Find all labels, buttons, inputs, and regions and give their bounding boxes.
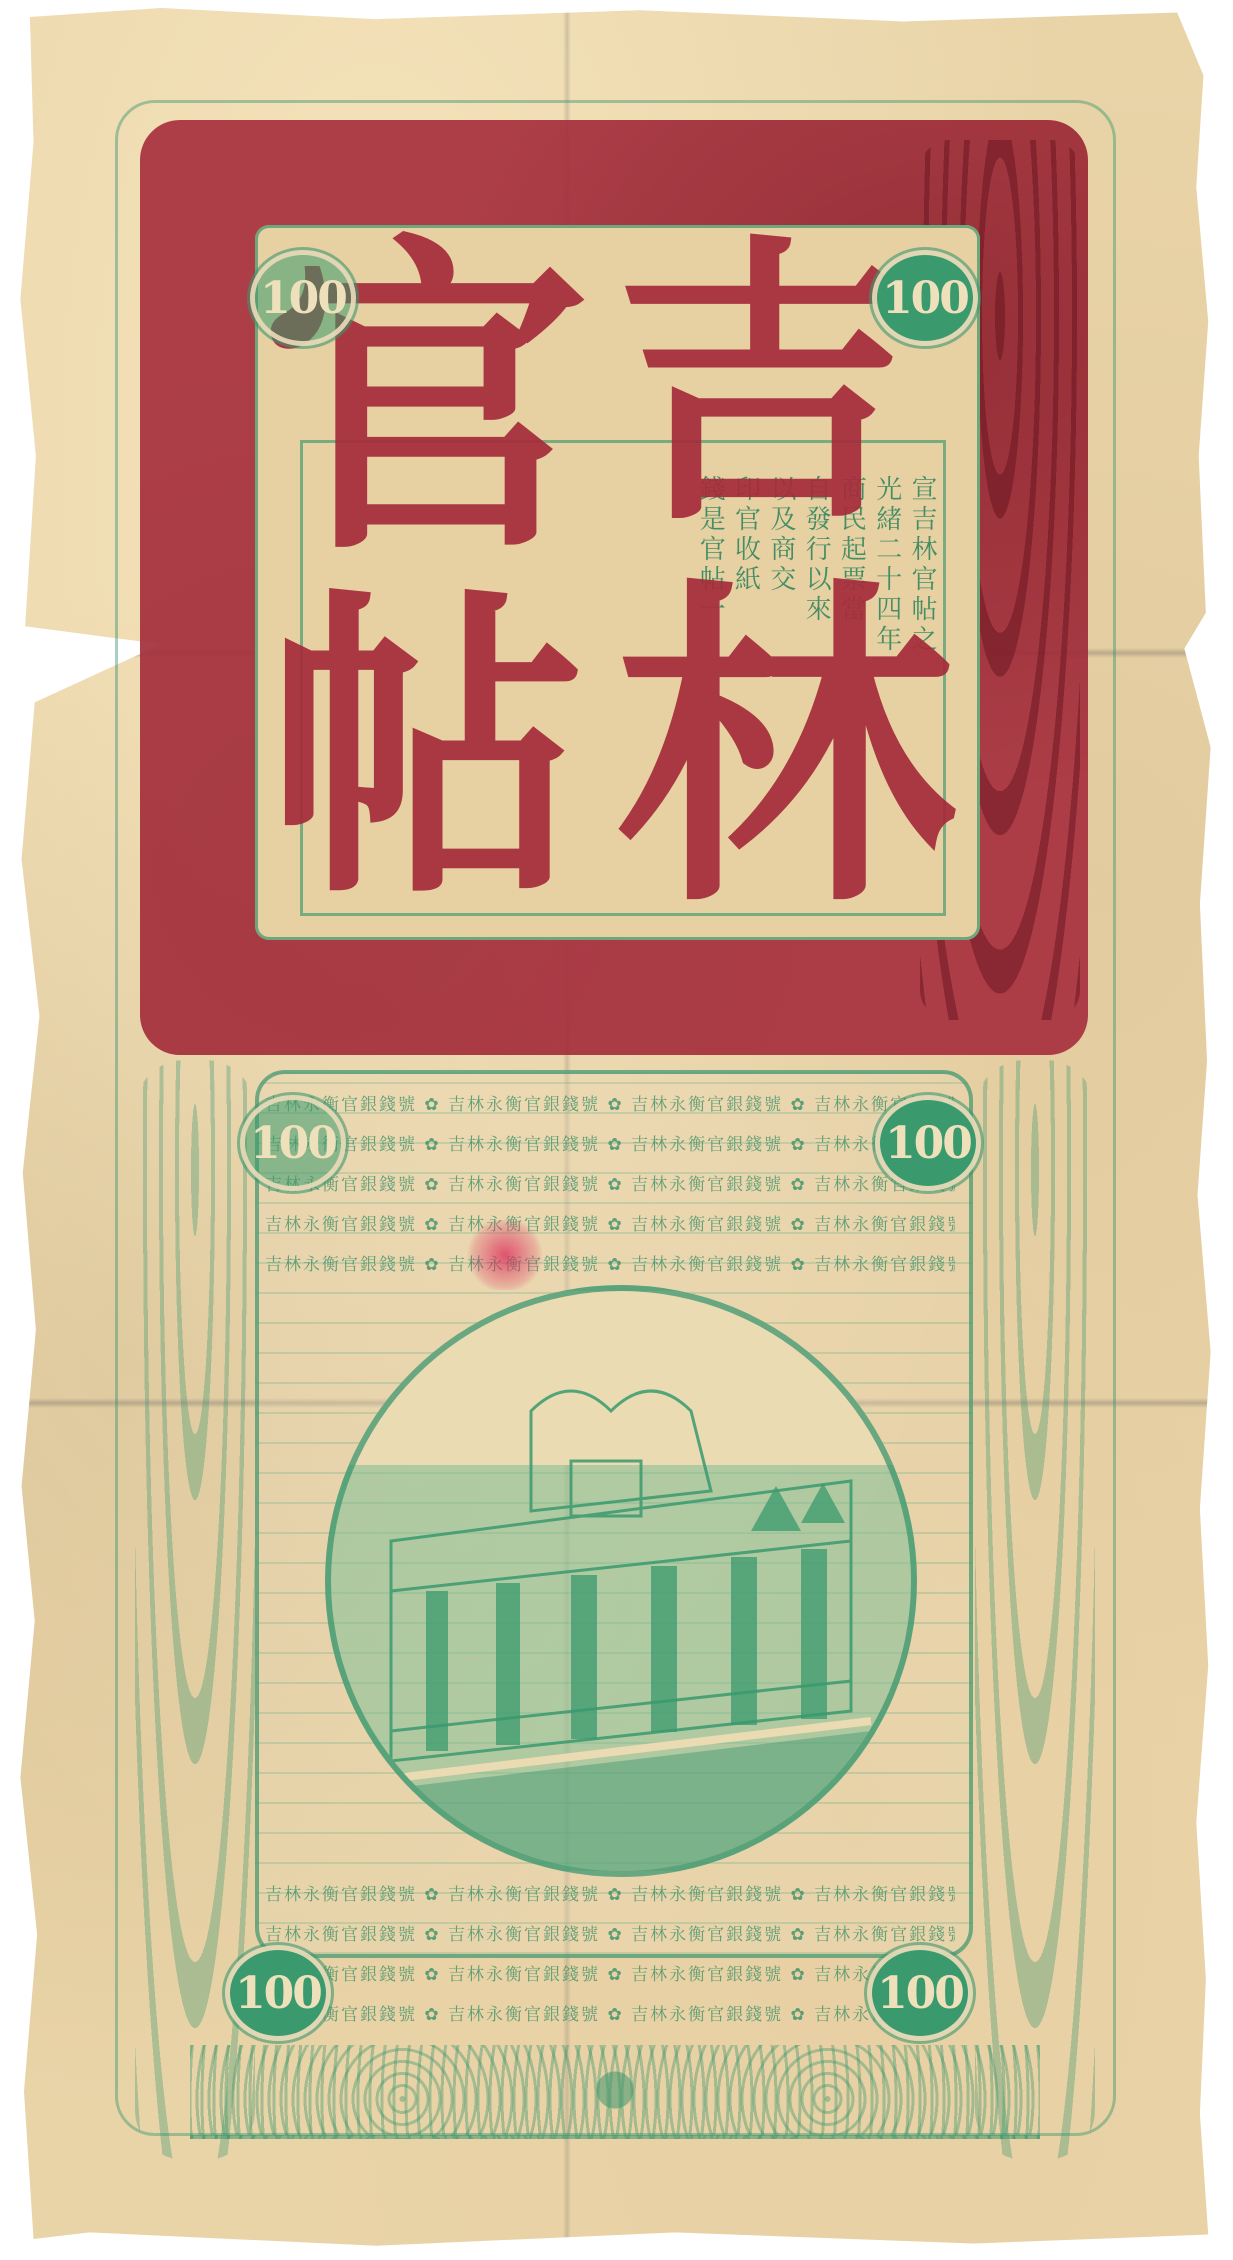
seal-character-ji: 吉 — [615, 235, 915, 535]
microtext-line: 吉林永衡官銀錢號 ✿ 吉林永衡官銀錢號 ✿ 吉林永衡官銀錢號 ✿ 吉林永衡官銀錢… — [265, 1880, 955, 1902]
microtext-line: 吉林永衡官銀錢號 ✿ 吉林永衡官銀錢號 ✿ 吉林永衡官銀錢號 ✿ 吉林永衡官銀錢… — [265, 1920, 955, 1942]
red-ink-stamp — [465, 1220, 545, 1290]
microtext-line: 吉林永衡官銀錢號 ✿ 吉林永衡官銀錢號 ✿ 吉林永衡官銀錢號 ✿ 吉林永衡官銀錢… — [265, 1130, 955, 1152]
bank-building-vignette — [325, 1285, 917, 1877]
building-illustration — [331, 1291, 911, 1871]
microtext-line: 吉林永衡官銀錢號 ✿ 吉林永衡官銀錢號 ✿ 吉林永衡官銀錢號 ✿ 吉林永衡官銀錢… — [265, 2000, 955, 2022]
denomination-medallion: 100 — [230, 1950, 326, 2036]
microtext-line: 吉林永衡官銀錢號 ✿ 吉林永衡官銀錢號 ✿ 吉林永衡官銀錢號 ✿ 吉林永衡官銀錢… — [265, 1090, 955, 1112]
microtext-line: 吉林永衡官銀錢號 ✿ 吉林永衡官銀錢號 ✿ 吉林永衡官銀錢號 ✿ 吉林永衡官銀錢… — [265, 1210, 955, 1232]
seal-character-lin: 林 — [615, 580, 955, 920]
denomination-medallion: 100 — [877, 255, 973, 341]
microtext-line: 吉林永衡官銀錢號 ✿ 吉林永衡官銀錢號 ✿ 吉林永衡官銀錢號 ✿ 吉林永衡官銀錢… — [265, 1250, 955, 1272]
seal-character-tie: 帖 — [265, 590, 585, 910]
microtext-line: 吉林永衡官銀錢號 ✿ 吉林永衡官銀錢號 ✿ 吉林永衡官銀錢號 ✿ 吉林永衡官銀錢… — [265, 1960, 955, 1982]
denomination-medallion: 100 — [245, 1100, 341, 1186]
right-scroll-ornament — [975, 1060, 1095, 2160]
bottom-scroll-ornament — [190, 2045, 1040, 2139]
microtext-line: 吉林永衡官銀錢號 ✿ 吉林永衡官銀錢號 ✿ 吉林永衡官銀錢號 ✿ 吉林永衡官銀錢… — [265, 1170, 955, 1192]
denomination-medallion: 100 — [255, 255, 351, 341]
denomination-medallion: 100 — [880, 1100, 976, 1186]
denomination-medallion: 100 — [872, 1950, 968, 2036]
